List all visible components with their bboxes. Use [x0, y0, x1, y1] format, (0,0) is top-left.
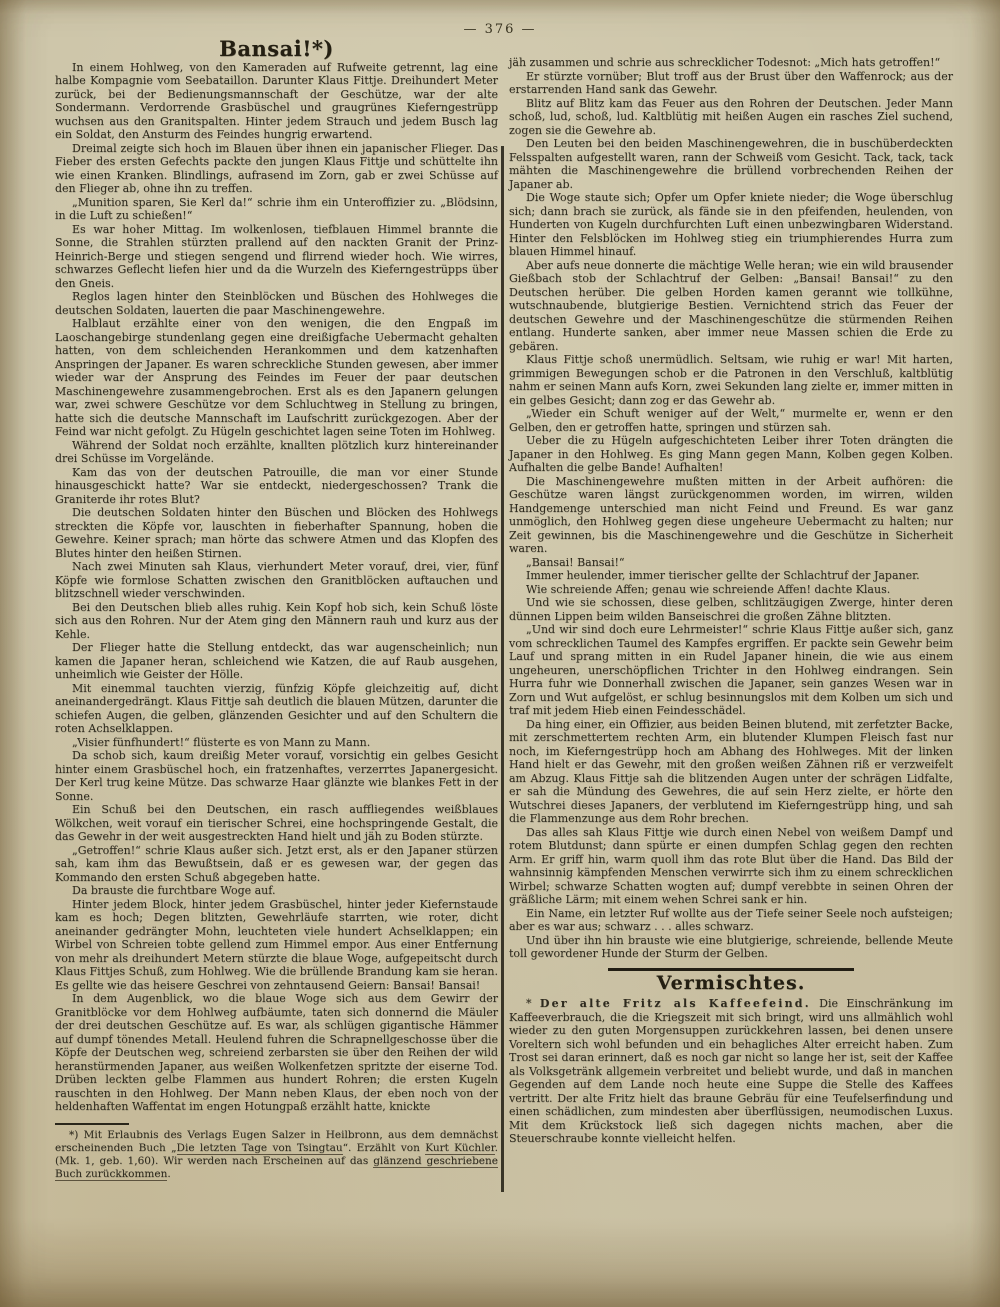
paragraph: „Visier fünfhundert!“ flüsterte es von M… [55, 736, 498, 750]
text-segment: Die Einschränkung im Kaffeeverbrauch, di… [509, 997, 953, 1145]
column-divider [501, 146, 504, 1192]
paragraph: Ein Name, ein letzter Ruf wollte aus der… [509, 907, 953, 934]
misc-body: * Der alte Fritz als Kaffeefeind. Die Ei… [509, 997, 953, 1146]
paragraph: Reglos lagen hinter den Steinblöcken und… [55, 290, 498, 317]
paragraph: Hinter jedem Block, hinter jedem Grasbüs… [55, 898, 498, 993]
footnote-rule [55, 1123, 129, 1125]
paragraph: Wie schreiende Affen; genau wie schreien… [509, 583, 953, 597]
paragraph: In dem Augenblick, wo die blaue Woge sic… [55, 992, 498, 1114]
footnote-body: *) Mit Erlaubnis des Verlags Eugen Salze… [55, 1129, 498, 1181]
paragraph: Klaus Fittje schoß unermüdlich. Seltsam,… [509, 353, 953, 407]
paragraph: Immer heulender, immer tierischer gellte… [509, 569, 953, 583]
paragraph: *) Mit Erlaubnis des Verlags Eugen Salze… [55, 1129, 498, 1181]
paragraph: Dreimal zeigte sich hoch im Blauen über … [55, 142, 498, 196]
paragraph: Da schob sich, kaum dreißig Meter vorauf… [55, 749, 498, 803]
paragraph: Den Leuten bei den beiden Maschinengeweh… [509, 137, 953, 191]
paragraph: Nach zwei Minuten sah Klaus, vierhundert… [55, 560, 498, 601]
paragraph: Und wie sie schossen, diese gelben, schl… [509, 596, 953, 623]
paragraph: Aber aufs neue donnerte die mächtige Wel… [509, 259, 953, 354]
footnote: *) Mit Erlaubnis des Verlags Eugen Salze… [55, 1123, 498, 1181]
paragraph: Blitz auf Blitz kam das Feuer aus den Ro… [509, 97, 953, 138]
paragraph: Und über ihn hin brauste wie eine blutgi… [509, 934, 953, 961]
paragraph: Da hing einer, ein Offizier, aus beiden … [509, 718, 953, 826]
paragraph: „Bansai! Bansai!“ [509, 556, 953, 570]
right-column: jäh zusammen und schrie aus schreckliche… [509, 56, 953, 1146]
text-segment: Der alte Fritz als Kaffeefeind. [540, 997, 811, 1010]
text-segment: Die letzten Tage von Tsingtau [177, 1142, 343, 1155]
newspaper-page: — 376 — Bansai!*) In einem Hohlweg, von … [0, 0, 1000, 1307]
paragraph: „Und wir sind doch eure Lehrmeister!“ sc… [509, 623, 953, 718]
misc-section: Vermischtes. * Der alte Fritz als Kaffee… [509, 968, 953, 1146]
paragraph: Ueber die zu Hügeln aufgeschichteten Lei… [509, 434, 953, 475]
paragraph: Kam das von der deutschen Patrouille, di… [55, 466, 498, 507]
text-segment: “. Erzählt von [343, 1142, 426, 1154]
page-number: — 376 — [0, 22, 1000, 37]
article-title: Bansai!*) [55, 42, 498, 56]
paragraph: jäh zusammen und schrie aus schreckliche… [509, 56, 953, 70]
paragraph: Mit einemmal tauchten vierzig, fünfzig K… [55, 682, 498, 736]
paragraph: In einem Hohlweg, von den Kameraden auf … [55, 61, 498, 142]
paragraph: „Getroffen!“ schrie Klaus außer sich. Je… [55, 844, 498, 885]
article-body-left: In einem Hohlweg, von den Kameraden auf … [55, 61, 498, 1114]
paragraph: Er stürzte vornüber; Blut troff aus der … [509, 70, 953, 97]
paragraph: Halblaut erzählte einer von den wenigen,… [55, 317, 498, 439]
text-segment: . [167, 1168, 170, 1180]
paragraph: Bei den Deutschen blieb alles ruhig. Kei… [55, 601, 498, 642]
paragraph: Während der Soldat noch erzählte, knallt… [55, 439, 498, 466]
paragraph: Die deutschen Soldaten hinter den Büsche… [55, 506, 498, 560]
paragraph: Es war hoher Mittag. Im wolkenlosen, tie… [55, 223, 498, 291]
article-body-right: jäh zusammen und schrie aus schreckliche… [509, 56, 953, 961]
paragraph: Die Woge staute sich; Opfer um Opfer kni… [509, 191, 953, 259]
paragraph: Da brauste die furchtbare Woge auf. [55, 884, 498, 898]
section-title: Vermischtes. [509, 977, 953, 991]
text-segment: * [526, 997, 540, 1010]
paragraph: Der Flieger hatte die Stellung entdeckt,… [55, 641, 498, 682]
section-rule [608, 968, 854, 971]
paragraph: * Der alte Fritz als Kaffeefeind. Die Ei… [509, 997, 953, 1146]
paragraph: „Munition sparen, Sie Kerl da!“ schrie i… [55, 196, 498, 223]
left-column: Bansai!*) In einem Hohlweg, von den Kame… [55, 42, 498, 1181]
paragraph: Ein Schuß bei den Deutschen, ein rasch a… [55, 803, 498, 844]
paragraph: Die Maschinengewehre mußten mitten in de… [509, 475, 953, 556]
paragraph: „Wieder ein Schuft weniger auf der Welt,… [509, 407, 953, 434]
paragraph: Das alles sah Klaus Fittje wie durch ein… [509, 826, 953, 907]
text-segment: Kurt Küchler [425, 1142, 494, 1155]
